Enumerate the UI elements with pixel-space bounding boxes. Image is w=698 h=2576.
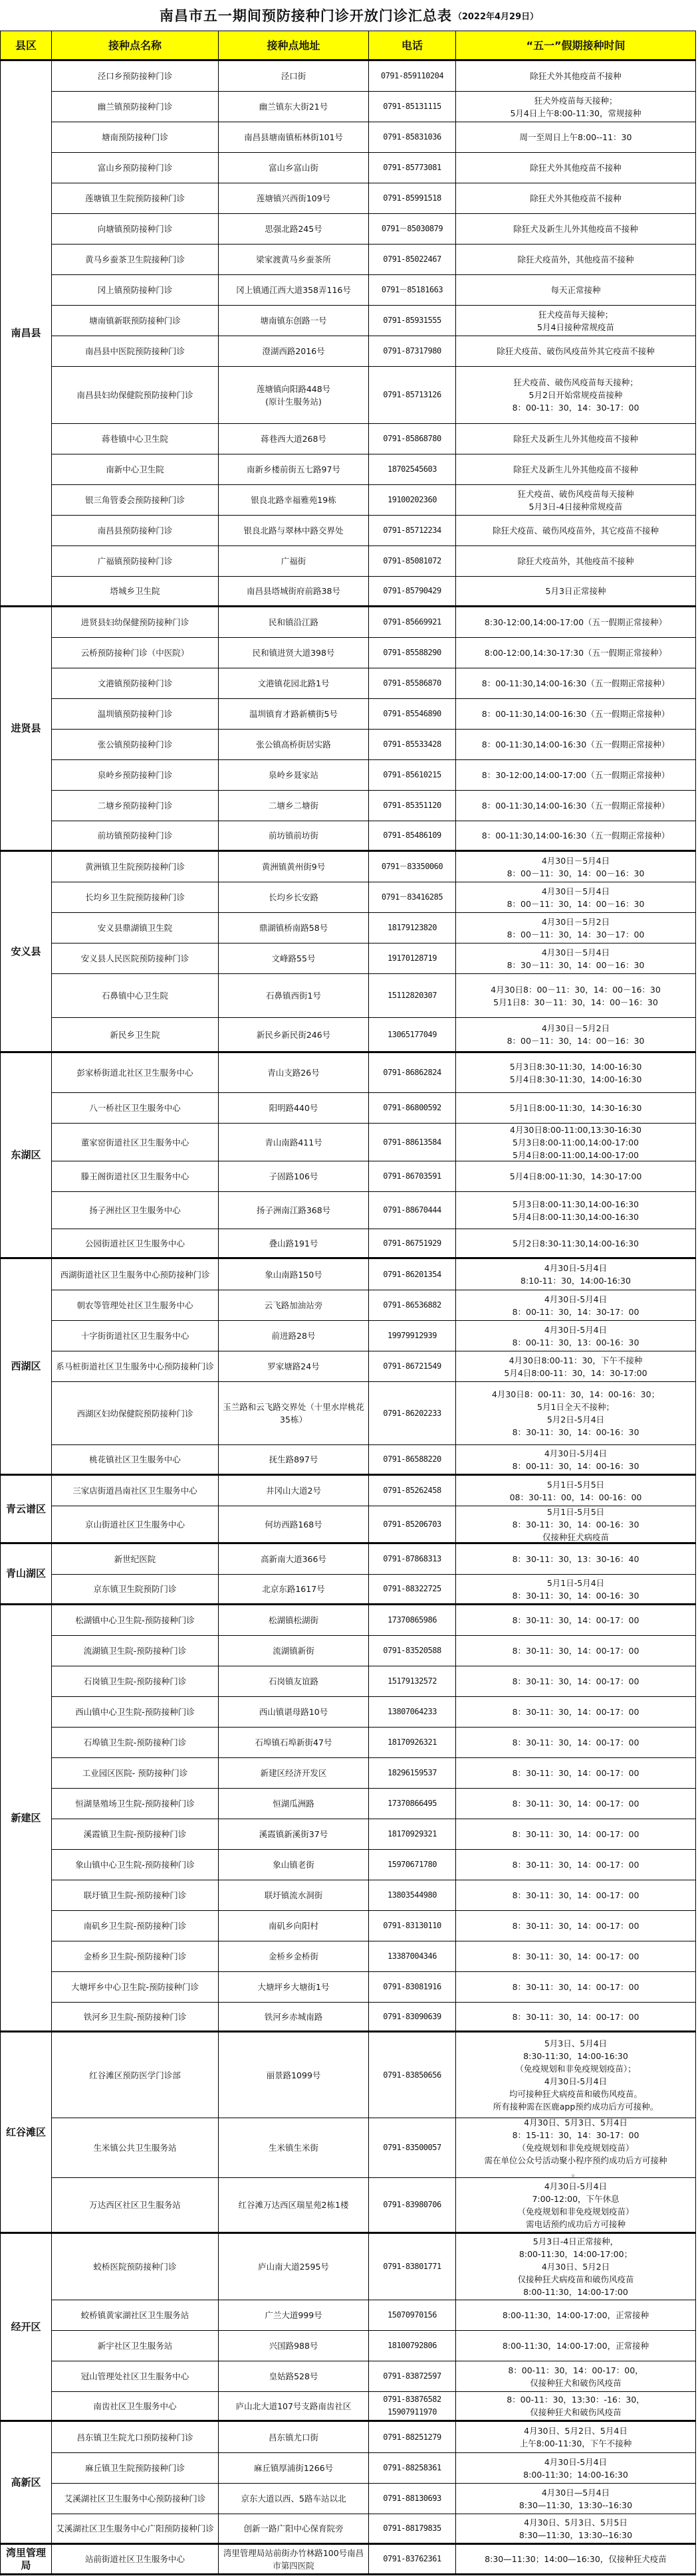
site-address: 石岗镇友谊路 <box>219 1666 369 1697</box>
site-phone: 0791-88258361 <box>369 2453 456 2484</box>
site-phone: 0791-83872597 <box>369 2361 456 2392</box>
site-address: 南矶乡向阳村 <box>219 1911 369 1941</box>
site-name: 蒋巷镇中心卫生院 <box>52 424 219 454</box>
site-address: 象山南路150号 <box>219 1259 369 1290</box>
site-name: 工业园区医院- 预防接种门诊 <box>52 1758 219 1789</box>
site-name: 生米镇公共卫生服务站 <box>52 2118 219 2178</box>
site-phone: 0791－83416285 <box>369 882 456 913</box>
holiday-time: 除狂犬疫苗、破伤风疫苗外其它疫苗不接种 <box>456 336 696 367</box>
site-phone: 0791-85586870 <box>369 668 456 699</box>
site-name: 泉岭乡预防接种门诊 <box>52 760 219 791</box>
holiday-time: 狂犬疫苗、破伤风疫苗每天接种； 5月2日开始常规疫苗接种 8：00-11：30，… <box>456 367 696 424</box>
site-phone: 0791-86202233 <box>369 1382 456 1445</box>
site-address: 民和镇沿江路 <box>219 607 369 638</box>
site-name: 万达西区社区卫生服务站 <box>52 2178 219 2234</box>
site-phone: 0791－85181663 <box>369 275 456 306</box>
site-address: 溪霞镇新溪街37号 <box>219 1819 369 1850</box>
site-address: 青山南路411号 <box>219 1124 369 1161</box>
site-name: 南新中心卫生院 <box>52 454 219 485</box>
site-address: 文峰路55号 <box>219 943 369 974</box>
site-name: 扬子洲社区卫生服务中心 <box>52 1192 219 1229</box>
site-name: 南昌县预防接种门诊 <box>52 516 219 546</box>
site-name: 溪霞镇卫生院-预防接种门诊 <box>52 1819 219 1850</box>
holiday-time: 5月3日8:00-11:30,14:00-16:30 5月4日8:00-11:3… <box>456 1192 696 1229</box>
site-address: 新建区经济开发区 <box>219 1758 369 1789</box>
site-phone: 0791-83850656 <box>369 2032 456 2118</box>
site-name: 桃花镇社区卫生服务中心 <box>52 1445 219 1476</box>
site-name: 云桥预防接种门诊（中医院） <box>52 638 219 668</box>
site-address: 蒋巷西大道268号 <box>219 424 369 454</box>
site-address: 麻丘镇厚浦街1266号 <box>219 2453 369 2484</box>
site-address: 银良北路与翠林中路交界处 <box>219 516 369 546</box>
site-address: 莲塘镇兴西街109号 <box>219 183 369 214</box>
holiday-time: 4月30日、5月3日、5月5日 8:30—11:30，13:30--16:30 <box>456 2514 696 2545</box>
site-address: 子固路106号 <box>219 1161 369 1192</box>
site-name: 蛟桥镇黄家湖社区卫生服务站 <box>52 2300 219 2331</box>
site-phone: 0791-87317980 <box>369 336 456 367</box>
site-phone: 0791-86536882 <box>369 1290 456 1321</box>
site-address: 幽兰镇东大街21号 <box>219 92 369 122</box>
site-phone: 18179123820 <box>369 913 456 943</box>
site-address: 金桥乡金桥街 <box>219 1941 369 1972</box>
site-phone: 0791-83500057 <box>369 2118 456 2178</box>
holiday-time: 8：00-11:30,14:00-16:30（五一假期正常接种） <box>456 668 696 699</box>
site-name: 石鼻镇中心卫生院 <box>52 974 219 1018</box>
site-name: 铁河乡卫生院-预防接种门诊 <box>52 2003 219 2032</box>
holiday-time: 4月30日－5月4日 8：00－11：30，14：00－16：30 <box>456 852 696 882</box>
site-phone: 0791-85081072 <box>369 546 456 577</box>
holiday-time: 8：30-11：30，14：00-17：00 <box>456 1972 696 2003</box>
site-address: 松湖镇松湖街 <box>219 1605 369 1636</box>
holiday-time: 8：30-11：30，14：00-17：00 <box>456 1850 696 1880</box>
site-address: 民和镇进贤大道398号 <box>219 638 369 668</box>
site-name: 黄马乡蚕茶卫生院接种门诊 <box>52 245 219 275</box>
site-address: 阳明路440号 <box>219 1093 369 1124</box>
site-phone: 0791-83876582 15907911970 <box>369 2392 456 2422</box>
header-district: 县区 <box>0 31 52 61</box>
holiday-time: 8：00-11:30,14:00-16:30（五一假期正常接种） <box>456 821 696 852</box>
title-date: （2022年4月29日） <box>453 9 538 22</box>
holiday-time: 8:00-11:30，14:00-17:00，正常接种 <box>456 2300 696 2331</box>
district-cell: 安义县 <box>0 852 52 1053</box>
header-site-address: 接种点地址 <box>219 31 369 61</box>
holiday-time: 除狂犬外其他疫苗不接种 <box>456 183 696 214</box>
district-cell: 高新区 <box>0 2422 52 2545</box>
holiday-time: 8：00-11:30,14:00-16:30（五一假期正常接种） <box>456 791 696 821</box>
site-phone: 18100792806 <box>369 2331 456 2361</box>
holiday-time: 除狂犬疫苗、破伤风疫苗外，其它疫苗不接种 <box>456 516 696 546</box>
holiday-time: 8：30-11：30，14：00-17：00 <box>456 1880 696 1911</box>
site-address: 何坊西路168号 <box>219 1506 369 1544</box>
holiday-time: 4月30日-5月4日 8：00-11：30，13：00-16：30 <box>456 1321 696 1351</box>
site-address: 南新乡楼前街五七路97号 <box>219 454 369 485</box>
holiday-time: 5月3日、5月4日 8:30-11:30，14:00-16:30 （免疫规划和非… <box>456 2032 696 2118</box>
site-name: 流湖镇卫生院-预防接种门诊 <box>52 1636 219 1666</box>
holiday-time: 8:30—11:30；14:00—16:30，仅接种狂犬疫苗 <box>456 2545 696 2575</box>
site-name: 董家窑街道社区卫生服务中心 <box>52 1124 219 1161</box>
site-phone: 0791-83520588 <box>369 1636 456 1666</box>
holiday-time: 8：00-11：30，14：00-17：00， 仅接种狂犬和破伤风疫苗 <box>456 2361 696 2392</box>
district-cell: 湾里管理局 <box>0 2545 52 2575</box>
site-address: 抚生路897号 <box>219 1445 369 1476</box>
holiday-time: 4月30日8：00－11：30，14：00－16：30 5月1日8：30－11：… <box>456 974 696 1018</box>
holiday-time: 8：00-11:30,14:00-16:30（五一假期正常接种） <box>456 730 696 760</box>
holiday-time: 除狂犬及新生儿外其他疫苗不接种 <box>456 424 696 454</box>
site-address: 黄洲镇黄州街9号 <box>219 852 369 882</box>
site-name: 石岗镇卫生院-预防接种门诊 <box>52 1666 219 1697</box>
header-site-name: 接种点名称 <box>52 31 219 61</box>
holiday-time: 每天正常接种 <box>456 275 696 306</box>
site-name: 安义县人民医院预防接种门诊 <box>52 943 219 974</box>
site-address: 恒湖瓜洲路 <box>219 1789 369 1819</box>
site-name: 艾溪湖社区卫生服务中心广阳预防接种门诊 <box>52 2514 219 2545</box>
site-phone: 17370866495 <box>369 1789 456 1819</box>
holiday-time: 8:00-11:30，14:00-17:00，正常接种 <box>456 2331 696 2361</box>
site-name: 塔城乡卫生院 <box>52 577 219 607</box>
site-address: 长均乡长安路 <box>219 882 369 913</box>
site-name: 滕王阁街道社区卫生服务中心 <box>52 1161 219 1192</box>
site-address: 塘南镇东创路一号 <box>219 306 369 336</box>
site-address: 广兰大道999号 <box>219 2300 369 2331</box>
site-phone: 15070970156 <box>369 2300 456 2331</box>
site-phone: 0791-83762361 <box>369 2545 456 2575</box>
site-phone: 0791-88322725 <box>369 1575 456 1605</box>
site-phone: 0791-85022467 <box>369 245 456 275</box>
holiday-time: 4月30日－5月2日 8：00－11：30，14：30－17：00 <box>456 913 696 943</box>
site-phone: 15970671780 <box>369 1850 456 1880</box>
holiday-time: 5月4日8:00-11:30，14:30-17:00 <box>456 1161 696 1192</box>
site-phone: 0791-83980706 <box>369 2178 456 2234</box>
site-phone: 0791-85533428 <box>369 730 456 760</box>
district-cell: 进贤县 <box>0 607 52 852</box>
holiday-time: 4月30日、5月3日、5月4日 8：15-11：30，14：30-17：00 （… <box>456 2118 696 2178</box>
site-address: 青山支路26号 <box>219 1053 369 1093</box>
site-address: 澄湖西路2016号 <box>219 336 369 367</box>
site-phone: 0791-859110204 <box>369 61 456 92</box>
site-phone: 18170929321 <box>369 1819 456 1850</box>
holiday-time: 狂犬疫苗每天接种； 5月4日接种常规疫苗 <box>456 306 696 336</box>
site-address: 鼎湖镇桥南路58号 <box>219 913 369 943</box>
site-name: 红谷滩区预防医学门诊部 <box>52 2032 219 2118</box>
site-name: 冠山管理处社区卫生服务中心 <box>52 2361 219 2392</box>
district-cell: 青云谱区 <box>0 1476 52 1544</box>
site-name: 塘南镇新联预防接种门诊 <box>52 306 219 336</box>
site-name: 南昌县中医院预防接种门诊 <box>52 336 219 367</box>
site-address: 湾里管理局站前街办竹林路100号南昌市第四医院 <box>219 2545 369 2575</box>
district-cell: 红谷滩区 <box>0 2032 52 2234</box>
site-phone: 0791-85712234 <box>369 516 456 546</box>
site-phone: 0791-85713126 <box>369 367 456 424</box>
district-cell: 东湖区 <box>0 1053 52 1259</box>
site-address: 石埠镇石埠新街47号 <box>219 1728 369 1758</box>
site-name: 麻丘镇卫生院预防接种门诊 <box>52 2453 219 2484</box>
site-name: 前坊镇预防接种门诊 <box>52 821 219 852</box>
holiday-time: 除狂犬疫苗外，其他疫苗不接种 <box>456 245 696 275</box>
site-name: 新世纪医院 <box>52 1544 219 1575</box>
site-address: 庐山北大道107号支路南齿社区 <box>219 2392 369 2422</box>
site-name: 八一桥社区卫生服务中心 <box>52 1093 219 1124</box>
site-address: 叠山路191号 <box>219 1229 369 1259</box>
site-address: 云飞路加油站旁 <box>219 1290 369 1321</box>
site-name: 安义县鼎湖镇卫生院 <box>52 913 219 943</box>
site-name: 新宇社区卫生服务站 <box>52 2331 219 2361</box>
site-name: 黄洲镇卫生院预防接种门诊 <box>52 852 219 882</box>
site-phone: 0791－83350060 <box>369 852 456 882</box>
site-address: 联圩镇流水洞街 <box>219 1880 369 1911</box>
site-phone: 0791-85773081 <box>369 153 456 183</box>
site-name: 朝农等管理处社区卫生服务中心 <box>52 1290 219 1321</box>
site-phone: 13387004346 <box>369 1941 456 1972</box>
site-address: 南昌县塔城街府前路38号 <box>219 577 369 607</box>
site-phone: 0791-86862824 <box>369 1053 456 1093</box>
site-name: 幽兰镇预防接种门诊 <box>52 92 219 122</box>
holiday-time: 8:00-12:00,14:30-17:30（五一假期正常接种） <box>456 638 696 668</box>
site-phone: 0791-88251279 <box>369 2422 456 2453</box>
site-name: 金桥乡卫生院-预防接种门诊 <box>52 1941 219 1972</box>
district-cell: 南昌县 <box>0 61 52 607</box>
site-phone: 0791-83130110 <box>369 1911 456 1941</box>
site-phone: 0791-83090639 <box>369 2003 456 2032</box>
site-phone: 15179132572 <box>369 1666 456 1697</box>
site-phone: 0791-85831036 <box>369 122 456 153</box>
holiday-time: 4月30日－5月4日 8：00－11：30，14：00－16：30 <box>456 882 696 913</box>
site-address: 广福街 <box>219 546 369 577</box>
site-name: 艾溪湖社区卫生服务中心预防接种门诊 <box>52 2484 219 2514</box>
holiday-time: 8：30-11：30，14：00-17：00 <box>456 1941 696 1972</box>
holiday-time: 4月30日-5月4日 7:00-12:00，下午休息 （免疫规划和非免疫规划疫苗… <box>456 2178 696 2234</box>
site-phone: 0791-88613584 <box>369 1124 456 1161</box>
site-name: 南齿社区卫生服务中心 <box>52 2392 219 2422</box>
site-address: 前进路28号 <box>219 1321 369 1351</box>
site-phone: 0791-86751929 <box>369 1229 456 1259</box>
holiday-time: 4月30日-5月4日 8：00-11：30，14：00-16：30 <box>456 1445 696 1476</box>
site-address: 前坊镇前坊街 <box>219 821 369 852</box>
holiday-time: 除狂犬及新生儿外其他疫苗不接种 <box>456 454 696 485</box>
site-phone: 18702545603 <box>369 454 456 485</box>
site-name: 银三角管委会预防接种门诊 <box>52 485 219 516</box>
district-cell: 西湖区 <box>0 1259 52 1476</box>
site-phone: 0791-85351120 <box>369 791 456 821</box>
site-phone: 19170128719 <box>369 943 456 974</box>
site-name: 长均乡卫生院预防接种门诊 <box>52 882 219 913</box>
holiday-time: 8：30-11：30，14：00-17：00 <box>456 1697 696 1728</box>
holiday-time: 4月30日8：00-11：30，14：00-16：30； 5月1日全天不接种； … <box>456 1382 696 1445</box>
holiday-time: 周一至周日上午8:00--11：30 <box>456 122 696 153</box>
site-phone: 13065177049 <box>369 1018 456 1053</box>
site-name: 恒湖垦殖场卫生院-预防接种门诊 <box>52 1789 219 1819</box>
holiday-time: 除狂犬外其他疫苗不接种 <box>456 61 696 92</box>
site-name: 二塘乡预防接种门诊 <box>52 791 219 821</box>
site-phone: 13807064233 <box>369 1697 456 1728</box>
site-address: 庐山南大道2595号 <box>219 2234 369 2300</box>
site-phone: 0791-85868780 <box>369 424 456 454</box>
site-phone: 0791-83081916 <box>369 1972 456 2003</box>
holiday-time: 4月30日－5月2日 8：00－11：30，14：00－16：30 <box>456 1018 696 1053</box>
holiday-time: 8：30-11：30，14：00-17：00 <box>456 1636 696 1666</box>
holiday-time: 5月3日-4日正常接种， 8:00-11:30，14:00-17:00； 4月3… <box>456 2234 696 2300</box>
site-name: 西湖街道社区卫生服务中心预防接种门诊 <box>52 1259 219 1290</box>
site-phone: 13803544980 <box>369 1880 456 1911</box>
holiday-time: 8:30-12:00,14:00-17:00（五一假期正常接种） <box>456 607 696 638</box>
site-name: 冈上镇预防接种门诊 <box>52 275 219 306</box>
site-name: 三家店街道昌南社区卫生服务中心 <box>52 1476 219 1506</box>
site-address: 创新一路广阳中心保育院旁 <box>219 2514 369 2545</box>
site-address: 莲塘镇向阳路448号 (原计生服务站) <box>219 367 369 424</box>
site-name: 系马桩街道社区卫生服务中心预防接种门诊 <box>52 1351 219 1382</box>
holiday-time: 4月30日-5月4日 8:10-11：30，14:00-16:30 <box>456 1259 696 1290</box>
site-phone: 17370865986 <box>369 1605 456 1636</box>
site-address: 流湖镇新街 <box>219 1636 369 1666</box>
holiday-time: 4月30日-5月4日 8:00-11:30；14:00-16:30 <box>456 2453 696 2484</box>
site-address: 红谷滩万达西区瑞星苑2栋1楼 <box>219 2178 369 2234</box>
site-name: 西湖区妇幼保健院预防接种门诊 <box>52 1382 219 1445</box>
site-name: 西山镇中心卫生院-预防接种门诊 <box>52 1697 219 1728</box>
site-address: 井冈山大道2号 <box>219 1476 369 1506</box>
site-address: 皇姑路528号 <box>219 2361 369 2392</box>
site-address: 文港镇花园北路1号 <box>219 668 369 699</box>
holiday-time: 8：00-11:30,14:00-16:30（五一假期正常接种） <box>456 699 696 730</box>
holiday-time: 5月2日8:30-11:30,14:00-16:30 <box>456 1229 696 1259</box>
district-cell: 经开区 <box>0 2234 52 2422</box>
site-address: 北京东路1617号 <box>219 1575 369 1605</box>
site-name: 公园街道社区卫生服务中心 <box>52 1229 219 1259</box>
holiday-time: 狂犬疫苗、破伤风疫苗每天接种 5月3日-4日接种常规疫苗 <box>456 485 696 516</box>
holiday-time: 8：30-11：30，14：00-17：00 <box>456 1666 696 1697</box>
site-phone: 0791-86703591 <box>369 1161 456 1192</box>
site-address: 象山镇老街 <box>219 1850 369 1880</box>
site-address: 二塘乡二塘街 <box>219 791 369 821</box>
site-phone: 0791-86800592 <box>369 1093 456 1124</box>
holiday-time: 4月30日-5月4日 8：00-11：30，14：30-17：00 <box>456 1290 696 1321</box>
holiday-time: 8：30-11：30，14：00-17：00 <box>456 1758 696 1789</box>
page-title: 南昌市五一期间预防接种门诊开放门诊汇总表（2022年4月29日） <box>0 0 698 31</box>
site-phone: 0791-85588290 <box>369 638 456 668</box>
site-name: 广福镇预防接种门诊 <box>52 546 219 577</box>
site-name: 彭家桥街道北社区卫生服务中心 <box>52 1053 219 1093</box>
site-address: 铁河乡赤城南路 <box>219 2003 369 2032</box>
site-address: 南昌县塘南镇柘林街101号 <box>219 122 369 153</box>
site-address: 温圳镇育才路新横街5号 <box>219 699 369 730</box>
site-address: 玉兰路和云飞路交界处（十里水岸桃花35栋） <box>219 1382 369 1445</box>
site-name: 泾口乡预防接种门诊 <box>52 61 219 92</box>
site-phone: 0791-85790429 <box>369 577 456 607</box>
site-name: 南矶乡卫生院-预防接种门诊 <box>52 1911 219 1941</box>
title-main: 南昌市五一期间预防接种门诊开放门诊汇总表 <box>160 5 452 25</box>
site-name: 大塘坪乡中心卫生院-预防接种门诊 <box>52 1972 219 2003</box>
site-address: 泉岭乡聂家站 <box>219 760 369 791</box>
site-name: 温圳镇预防接种门诊 <box>52 699 219 730</box>
site-phone: 0791-85610215 <box>369 760 456 791</box>
site-phone: 19979912939 <box>369 1321 456 1351</box>
holiday-time: 4月30日8:00-11:00,13:30-16:30 5月3日8:00-11:… <box>456 1124 696 1161</box>
site-address: 丽景路1099号 <box>219 2032 369 2118</box>
site-name: 南昌县妇幼保健院预防接种门诊 <box>52 367 219 424</box>
site-name: 石埠镇卫生院-预防接种门诊 <box>52 1728 219 1758</box>
site-phone: 0791-86201354 <box>369 1259 456 1290</box>
site-phone: 0791-85546890 <box>369 699 456 730</box>
site-address: 大塘坪乡大塘街1号 <box>219 1972 369 2003</box>
site-phone: 0791－85030879 <box>369 214 456 245</box>
site-address: 生米镇生米街 <box>219 2118 369 2178</box>
holiday-time: 8：30-11：30，14：00-17：00 <box>456 1728 696 1758</box>
district-cell: 新建区 <box>0 1605 52 2032</box>
holiday-time: 8：30-11：30，13：30-16：40 <box>456 1544 696 1575</box>
site-name: 联圩镇卫生院-预防接种门诊 <box>52 1880 219 1911</box>
site-phone: 0791-85131115 <box>369 92 456 122</box>
site-address: 昌东镇尤口街 <box>219 2422 369 2453</box>
site-address: 石鼻镇西街1号 <box>219 974 369 1018</box>
holiday-time: 5月3日正常接种 <box>456 577 696 607</box>
site-phone: 18296159537 <box>369 1758 456 1789</box>
holiday-time: 8：30-11：30，14：00-17：00 <box>456 1789 696 1819</box>
site-name: 象山镇中心卫生院-预防接种门诊 <box>52 1850 219 1880</box>
site-phone: 18170926321 <box>369 1728 456 1758</box>
holiday-time: 8：30-11：30，14：00-17：00 <box>456 2003 696 2032</box>
holiday-time: 8：30-11：30，14：00-17：00 <box>456 1911 696 1941</box>
site-address: 张公镇高桥街居实路 <box>219 730 369 760</box>
site-phone: 0791-85206703 <box>369 1506 456 1544</box>
holiday-time: 5月1日-5月4日 8：30-11：30，14：00-16：30 <box>456 1575 696 1605</box>
site-address: 兴国路988号 <box>219 2331 369 2361</box>
holiday-time: 除狂犬外其他疫苗不接种 <box>456 153 696 183</box>
holiday-time: 5月1日8:00-11:30，14:30-16:30 <box>456 1093 696 1124</box>
holiday-time: 4月30日、5月2日、5月4日 上午8:00-11:30，下午不接种 <box>456 2422 696 2453</box>
header-holiday-time: “五一”假期接种时间 <box>456 31 696 61</box>
site-phone: 0791-88179835 <box>369 2514 456 2545</box>
site-name: 张公镇预防接种门诊 <box>52 730 219 760</box>
site-name: 文港镇预防接种门诊 <box>52 668 219 699</box>
site-name: 富山乡预防接种门诊 <box>52 153 219 183</box>
holiday-time: 5月3日8:30-11:30，14:00-16:30 5月4日8:30-11:3… <box>456 1053 696 1093</box>
site-name: 十字街街道社区卫生服务中心 <box>52 1321 219 1351</box>
site-address: 西山镇谌母路10号 <box>219 1697 369 1728</box>
site-phone: 0791-85991518 <box>369 183 456 214</box>
site-address: 京东大道以西、5路车站以北 <box>219 2484 369 2514</box>
holiday-time: 8：30-11：30，14：00-17：00 <box>456 1819 696 1850</box>
site-name: 京山街道社区卫生服务中心 <box>52 1506 219 1544</box>
site-address: 扬子洲南江路368号 <box>219 1192 369 1229</box>
holiday-time: 狂犬外疫苗每天接种； 5月4日上午8:00-11:30，常规接种 <box>456 92 696 122</box>
site-name: 莲塘镇卫生院预防接种门诊 <box>52 183 219 214</box>
site-name: 站前街道社区卫生服务中心 <box>52 2545 219 2575</box>
site-name: 昌东镇卫生院尤口预防接种门诊 <box>52 2422 219 2453</box>
site-name: 京东镇卫生院预防门诊 <box>52 1575 219 1605</box>
site-phone: 0791-83801771 <box>369 2234 456 2300</box>
site-phone: 0791-88670444 <box>369 1192 456 1229</box>
site-address: 泾口街 <box>219 61 369 92</box>
site-name: 新民乡卫生院 <box>52 1018 219 1053</box>
site-phone: 0791-87868313 <box>369 1544 456 1575</box>
site-address: 高新南大道366号 <box>219 1544 369 1575</box>
holiday-time: 4月30日－5月4日 8：30－11：30，14：00－16：30 <box>456 943 696 974</box>
site-name: 塘南预防接种门诊 <box>52 122 219 153</box>
site-name: 进贤县妇幼保健预防接种门诊 <box>52 607 219 638</box>
site-address: 梁家渡黄马乡蚕茶所 <box>219 245 369 275</box>
header-phone: 电话 <box>369 31 456 61</box>
site-name: 蛟桥医院预防接种门诊 <box>52 2234 219 2300</box>
site-phone: 0791-85486109 <box>369 821 456 852</box>
holiday-time: 8：30-11：30，14：00-17：00 <box>456 1605 696 1636</box>
site-phone: 0791-85262458 <box>369 1476 456 1506</box>
site-phone: 0791-86721549 <box>369 1351 456 1382</box>
site-phone: 0791-85669921 <box>369 607 456 638</box>
holiday-time: 4月30日—5月4日 8:30—11:30，13:30--16:30 <box>456 2484 696 2514</box>
holiday-time: 8：00-11：30，13:30：-16：30， 仅接种狂犬和破伤风疫苗 <box>456 2392 696 2422</box>
site-address: 冈上镇通江西大道358弄116号 <box>219 275 369 306</box>
site-name: 松湖镇中心卫生院-预防接种门诊 <box>52 1605 219 1636</box>
site-address: 富山乡富山街 <box>219 153 369 183</box>
holiday-time: 8：30-12:00,14:00-17:00（五一假期正常接种） <box>456 760 696 791</box>
